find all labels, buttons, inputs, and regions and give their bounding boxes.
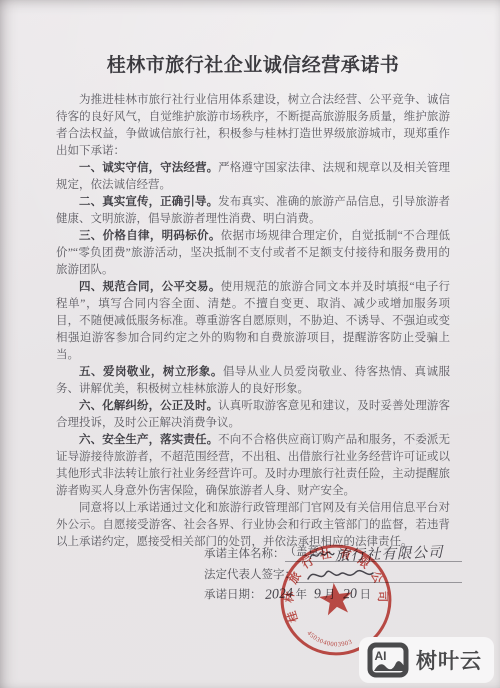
item-2-heading: 二、真实宣传，正确引导。 <box>79 196 218 208</box>
scanned-document-page: 桂林市旅行社企业诚信经营承诺书 为推进桂林市旅行社行业信用体系建设，树立合法经营… <box>0 0 500 551</box>
svg-text:AI: AI <box>375 649 387 663</box>
item-4-body: 使用规范的旅游合同文本并及时填报“电子行程单”，填写合同内容全面、清楚。不擅自变… <box>56 281 450 361</box>
item-3-heading: 三、价格自律，明码标价。 <box>79 230 221 242</box>
item-6-heading: 六、化解纠纷，公正及时。 <box>79 400 218 412</box>
commitment-item-1: 一、诚实守信，守法经营。严格遵守国家法律、法规和规章以及相关管理规定，依法诚信经… <box>56 160 450 194</box>
seal-star-icon <box>317 581 354 617</box>
commitment-item-3: 三、价格自律，明码标价。依据市场规律合理定价，自觉抵制“不合理低价”“零负团费”… <box>56 228 450 279</box>
commitment-item-4: 四、规范合同，公平交易。使用规范的旅游合同文本并及时填报“电子行程单”，填写合同… <box>56 279 450 364</box>
date-label: 承诺日期： <box>204 587 262 603</box>
item-4-heading: 四、规范合同，公平交易。 <box>79 281 221 293</box>
item-5-heading: 五、爱岗敬业，树立形象。 <box>79 366 223 378</box>
seal-company-arc-text: 桂林旅行社有限公司 <box>275 539 393 625</box>
closing-paragraph: 同意将以上承诺通过文化和旅游行政管理部门官网及有关信用信息平台对外公示。自愿接受… <box>56 500 450 551</box>
ai-image-icon: AI <box>367 642 409 678</box>
watermark-logo: AI 树叶云 <box>359 637 494 683</box>
brand-name: 树叶云 <box>416 645 482 675</box>
item-7-heading: 六、安全生产，落实责任。 <box>79 434 218 446</box>
commitment-item-7: 六、安全生产，落实责任。不向不合格供应商订购产品和服务，不委派无证导游接待旅游者… <box>56 432 450 500</box>
item-1-heading: 一、诚实守信，守法经营。 <box>79 162 218 174</box>
page-title: 桂林市旅行社企业诚信经营承诺书 <box>56 50 450 77</box>
commitment-item-6: 六、化解纠纷，公正及时。认真听取游客意见和建议，及时妥善处理游客合理投诉，及时公… <box>56 398 450 432</box>
commitment-item-5: 五、爱岗敬业，树立形象。倡导从业人员爱岗敬业、待客热情、真诚服务、讲解优美，积极… <box>56 364 450 398</box>
intro-paragraph: 为推进桂林市旅行社行业信用体系建设，树立合法经营、公平竞争、诚信待客的良好风气，… <box>56 92 450 160</box>
commitment-item-2: 二、真实宣传，正确引导。发布真实、准确的旅游产品信息，引导旅游者健康、文明旅游，… <box>56 194 450 228</box>
